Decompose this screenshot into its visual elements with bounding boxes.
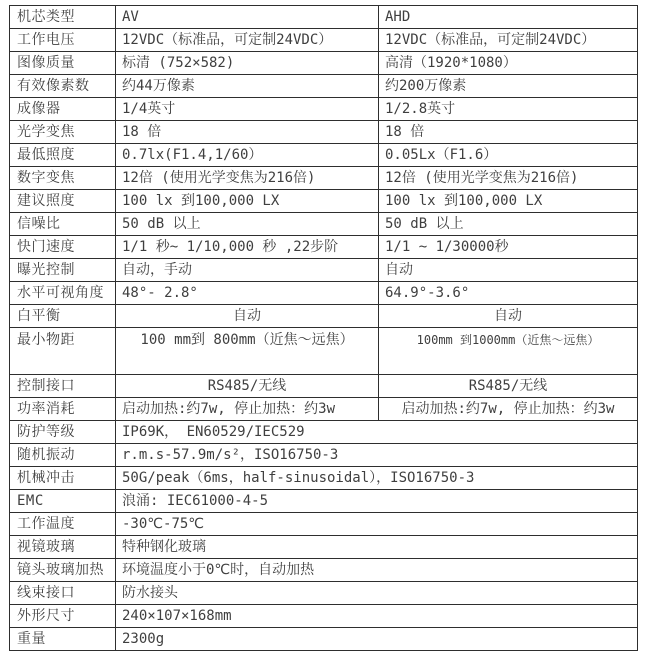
spec-label: 最小物距 xyxy=(10,328,116,375)
table-row: 重量2300g xyxy=(10,628,638,651)
spec-label: EMC xyxy=(10,490,116,513)
table-row: 机械冲击50G/peak（6ms，half-sinusoidal），ISO167… xyxy=(10,467,638,490)
table-row: 最小物距100 mm到 800mm（近焦～远焦）100mm 到1000mm（近焦… xyxy=(10,328,638,375)
spec-value-ahd: 50 dB 以上 xyxy=(379,213,638,236)
spec-label: 数字变焦 xyxy=(10,167,116,190)
table-row: 视镜玻璃特种钢化玻璃 xyxy=(10,536,638,559)
table-row: 图像质量标清 (752×582)高清（1920*1080） xyxy=(10,52,638,75)
spec-value-ahd: 1/2.8英寸 xyxy=(379,98,638,121)
spec-value-shared: 2300g xyxy=(116,628,638,651)
spec-value-shared: 240×107×168mm xyxy=(116,605,638,628)
spec-value-ahd: 1/1 ~ 1/30000秒 xyxy=(379,236,638,259)
spec-label: 成像器 xyxy=(10,98,116,121)
table-row: 数字变焦12倍 (使用光学变焦为216倍)12倍 (使用光学变焦为216倍) xyxy=(10,167,638,190)
spec-label: 工作温度 xyxy=(10,513,116,536)
spec-value-ahd: AHD xyxy=(379,6,638,29)
spec-table-body: 机芯类型AVAHD工作电压12VDC（标准品，可定制24VDC）12VDC（标准… xyxy=(10,6,638,651)
spec-value-av: 启动加热:约7w, 停止加热：约3w xyxy=(116,398,379,421)
spec-value-av: 约44万像素 xyxy=(116,75,379,98)
table-row: 随机振动r.m.s-57.9m/s²，ISO16750-3 xyxy=(10,444,638,467)
table-row: 镜头玻璃加热环境温度小于0℃时，自动加热 xyxy=(10,559,638,582)
table-row: 线束接口防水接头 xyxy=(10,582,638,605)
table-row: 功率消耗启动加热:约7w, 停止加热：约3w启动加热:约7w, 停止加热：约3w xyxy=(10,398,638,421)
spec-value-ahd: 启动加热:约7w, 停止加热：约3w xyxy=(379,398,638,421)
spec-label: 重量 xyxy=(10,628,116,651)
table-row: 成像器1/4英寸1/2.8英寸 xyxy=(10,98,638,121)
table-row: 有效像素数约44万像素约200万像素 xyxy=(10,75,638,98)
spec-label: 曝光控制 xyxy=(10,259,116,282)
table-row: 外形尺寸240×107×168mm xyxy=(10,605,638,628)
spec-label: 功率消耗 xyxy=(10,398,116,421)
table-row: 白平衡自动自动 xyxy=(10,305,638,328)
table-row: 防护等级IP69K， EN60529/IEC529 xyxy=(10,421,638,444)
spec-label: 线束接口 xyxy=(10,582,116,605)
spec-value-shared: 防水接头 xyxy=(116,582,638,605)
spec-value-av: 自动 xyxy=(116,305,379,328)
spec-value-shared: 特种钢化玻璃 xyxy=(116,536,638,559)
spec-value-ahd: 12VDC（标准品，可定制24VDC） xyxy=(379,29,638,52)
spec-label: 机械冲击 xyxy=(10,467,116,490)
spec-value-av: 50 dB 以上 xyxy=(116,213,379,236)
spec-value-ahd: 高清（1920*1080） xyxy=(379,52,638,75)
spec-value-av: 18 倍 xyxy=(116,121,379,144)
spec-value-shared: 环境温度小于0℃时，自动加热 xyxy=(116,559,638,582)
table-row: EMC浪涌: IEC61000-4-5 xyxy=(10,490,638,513)
spec-label: 镜头玻璃加热 xyxy=(10,559,116,582)
spec-value-av: 1/1 秒~ 1/10,000 秒 ,22步阶 xyxy=(116,236,379,259)
spec-value-ahd: 自动 xyxy=(379,305,638,328)
spec-value-ahd: 约200万像素 xyxy=(379,75,638,98)
spec-value-av: 自动，手动 xyxy=(116,259,379,282)
spec-value-av: 12VDC（标准品，可定制24VDC） xyxy=(116,29,379,52)
spec-value-shared: 50G/peak（6ms，half-sinusoidal），ISO16750-3 xyxy=(116,467,638,490)
table-row: 机芯类型AVAHD xyxy=(10,6,638,29)
spec-value-shared: r.m.s-57.9m/s²，ISO16750-3 xyxy=(116,444,638,467)
table-row: 最低照度0.7lx(F1.4,1/60）0.05Lx（F1.6） xyxy=(10,144,638,167)
table-row: 水平可视角度48°- 2.8°64.9°-3.6° xyxy=(10,282,638,305)
spec-value-av: 标清 (752×582) xyxy=(116,52,379,75)
spec-label: 视镜玻璃 xyxy=(10,536,116,559)
spec-label: 外形尺寸 xyxy=(10,605,116,628)
spec-label: 图像质量 xyxy=(10,52,116,75)
spec-value-shared: IP69K， EN60529/IEC529 xyxy=(116,421,638,444)
table-row: 工作温度-30℃-75℃ xyxy=(10,513,638,536)
spec-value-shared: -30℃-75℃ xyxy=(116,513,638,536)
spec-value-ahd: RS485/无线 xyxy=(379,375,638,398)
spec-label: 控制接口 xyxy=(10,375,116,398)
spec-label: 防护等级 xyxy=(10,421,116,444)
spec-label: 最低照度 xyxy=(10,144,116,167)
spec-value-av: 100 lx 到100,000 LX xyxy=(116,190,379,213)
spec-label: 水平可视角度 xyxy=(10,282,116,305)
spec-value-av: 12倍 (使用光学变焦为216倍) xyxy=(116,167,379,190)
spec-label: 工作电压 xyxy=(10,29,116,52)
spec-value-av: 1/4英寸 xyxy=(116,98,379,121)
spec-label: 建议照度 xyxy=(10,190,116,213)
spec-value-ahd: 100mm 到1000mm（近焦～远焦） xyxy=(379,328,638,375)
spec-value-shared: 浪涌: IEC61000-4-5 xyxy=(116,490,638,513)
spec-value-ahd: 64.9°-3.6° xyxy=(379,282,638,305)
spec-label: 机芯类型 xyxy=(10,6,116,29)
table-row: 快门速度1/1 秒~ 1/10,000 秒 ,22步阶1/1 ~ 1/30000… xyxy=(10,236,638,259)
spec-label: 白平衡 xyxy=(10,305,116,328)
camera-spec-table: 机芯类型AVAHD工作电压12VDC（标准品，可定制24VDC）12VDC（标准… xyxy=(9,5,638,651)
table-row: 曝光控制自动，手动自动 xyxy=(10,259,638,282)
spec-sheet-page: 机芯类型AVAHD工作电压12VDC（标准品，可定制24VDC）12VDC（标准… xyxy=(0,0,647,670)
spec-value-av: 0.7lx(F1.4,1/60） xyxy=(116,144,379,167)
spec-value-ahd: 自动 xyxy=(379,259,638,282)
spec-value-av: RS485/无线 xyxy=(116,375,379,398)
spec-label: 有效像素数 xyxy=(10,75,116,98)
spec-value-ahd: 12倍 (使用光学变焦为216倍) xyxy=(379,167,638,190)
spec-value-ahd: 100 lx 到100,000 LX xyxy=(379,190,638,213)
spec-label: 光学变焦 xyxy=(10,121,116,144)
table-row: 工作电压12VDC（标准品，可定制24VDC）12VDC（标准品，可定制24VD… xyxy=(10,29,638,52)
table-row: 光学变焦18 倍18 倍 xyxy=(10,121,638,144)
table-row: 控制接口RS485/无线RS485/无线 xyxy=(10,375,638,398)
table-row: 建议照度100 lx 到100,000 LX100 lx 到100,000 LX xyxy=(10,190,638,213)
spec-label: 快门速度 xyxy=(10,236,116,259)
spec-value-av: 48°- 2.8° xyxy=(116,282,379,305)
spec-label: 信噪比 xyxy=(10,213,116,236)
spec-value-ahd: 0.05Lx（F1.6） xyxy=(379,144,638,167)
spec-value-ahd: 18 倍 xyxy=(379,121,638,144)
table-row: 信噪比50 dB 以上50 dB 以上 xyxy=(10,213,638,236)
spec-value-av: 100 mm到 800mm（近焦～远焦） xyxy=(116,328,379,375)
spec-label: 随机振动 xyxy=(10,444,116,467)
spec-value-av: AV xyxy=(116,6,379,29)
